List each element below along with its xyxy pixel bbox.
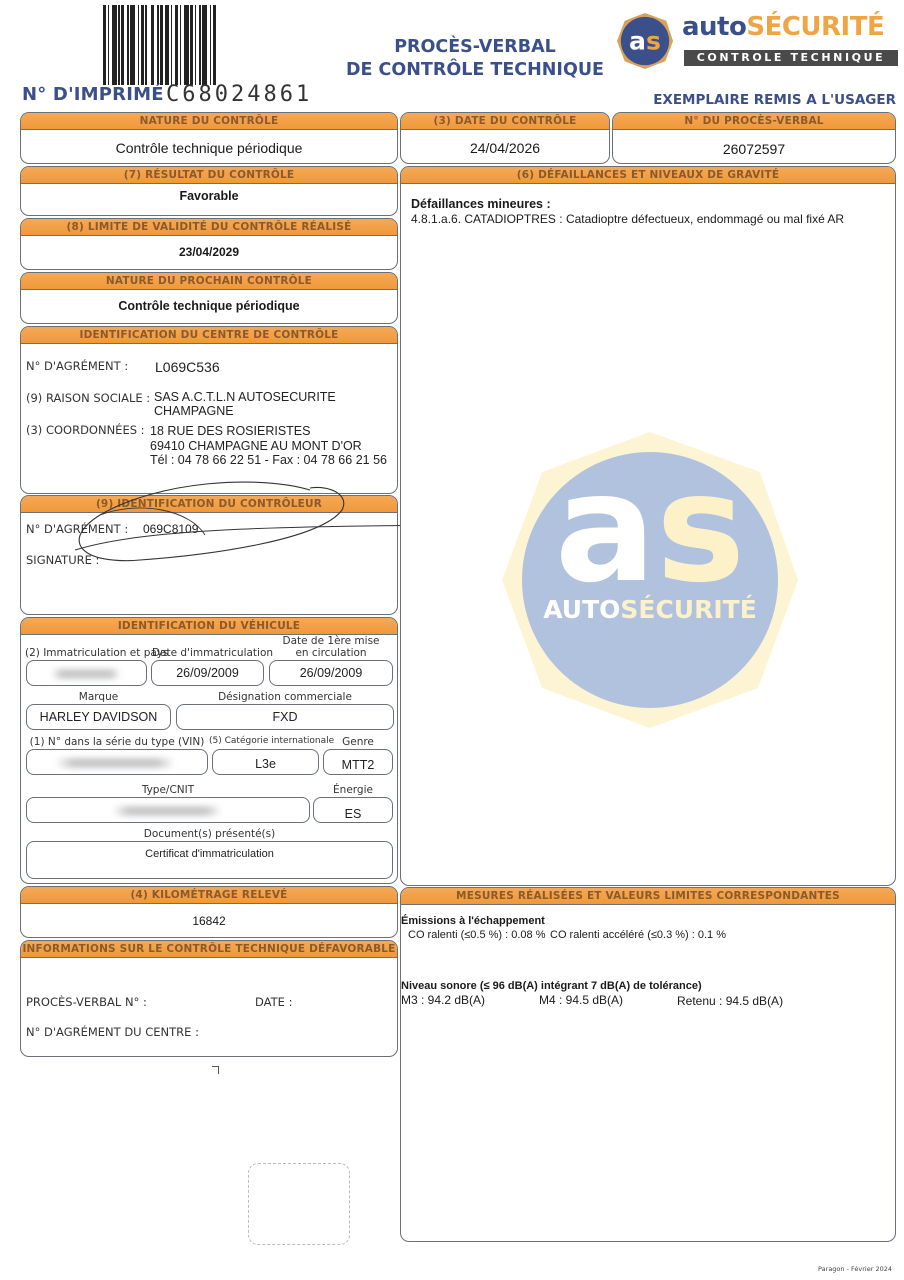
documents-label: Document(s) présenté(s) — [26, 828, 393, 840]
type-cnit-label: Type/CNIT — [26, 784, 310, 796]
defavorable-date-label: DATE : — [255, 995, 292, 1009]
logo-strip: CONTROLE TECHNIQUE — [684, 50, 898, 66]
section-header: NATURE DU CONTRÔLE — [21, 113, 397, 130]
immat-field — [26, 660, 147, 686]
centre-box: IDENTIFICATION DU CENTRE DE CONTRÔLE N° … — [20, 326, 398, 494]
defavorable-agrement-label: N° D'AGRÉMENT DU CENTRE : — [26, 1025, 199, 1039]
document-title: PROCÈS-VERBAL DE CONTRÔLE TECHNIQUE — [330, 36, 620, 82]
prochain-controle-value: Contrôle technique périodique — [21, 290, 397, 313]
title-line-1: PROCÈS-VERBAL — [330, 36, 620, 59]
signature-label: SIGNATURE : — [26, 553, 99, 567]
section-header: INFORMATIONS SUR LE CONTRÔLE TECHNIQUE D… — [21, 941, 397, 958]
section-header: (4) KILOMÉTRAGE RELEVÉ — [21, 887, 397, 904]
exemplaire-label: EXEMPLAIRE REMIS A L'USAGER — [653, 92, 896, 108]
nature-controle-box: NATURE DU CONTRÔLE Contrôle technique pé… — [20, 112, 398, 164]
section-header: (9) IDENTIFICATION DU CONTRÔLEUR — [21, 496, 397, 513]
marque-label: Marque — [26, 691, 171, 703]
title-line-2: DE CONTRÔLE TECHNIQUE — [330, 59, 620, 82]
designation-label: Désignation commerciale — [176, 691, 394, 703]
date-controle-value: 24/04/2026 — [401, 130, 609, 156]
resultat-box: (7) RÉSULTAT DU CONTRÔLE Favorable — [20, 166, 398, 216]
resultat-value: Favorable — [21, 184, 397, 203]
defavorable-pv-label: PROCÈS-VERBAL N° : — [26, 995, 147, 1009]
type-cnit-field — [26, 797, 310, 823]
energie-label: Énergie — [313, 784, 393, 796]
prochain-controle-box: NATURE DU PROCHAIN CONTRÔLE Contrôle tec… — [20, 272, 398, 324]
numero-pv-box: N° DU PROCÈS-VERBAL 26072597 — [612, 112, 896, 164]
sonore-m4: M4 : 94.5 dB(A) — [539, 993, 623, 1007]
section-header: IDENTIFICATION DU VÉHICULE — [21, 618, 397, 635]
defaillance-item: 4.8.1.a.6. CATADIOPTRES : Catadioptre dé… — [411, 212, 895, 226]
section-header: (3) DATE DU CONTRÔLE — [401, 113, 609, 130]
section-header: N° DU PROCÈS-VERBAL — [613, 113, 895, 130]
svg-text:as: as — [555, 442, 746, 616]
defaillances-heading: Défaillances mineures : — [411, 197, 895, 211]
categorie-label: (5) Catégorie internationale — [209, 736, 321, 746]
centre-agrement-value: L069C536 — [155, 359, 220, 375]
date-controle-box: (3) DATE DU CONTRÔLE 24/04/2026 — [400, 112, 610, 164]
svg-text:as: as — [629, 27, 661, 56]
limite-validite-box: (8) LIMITE DE VALIDITÉ DU CONTRÔLE RÉALI… — [20, 218, 398, 270]
vin-label: (1) N° dans la série du type (VIN) — [26, 736, 208, 748]
marque-field: HARLEY DAVIDSON — [26, 704, 171, 730]
corner-mark — [212, 1066, 219, 1074]
co-ralenti-accelere: CO ralenti accéléré (≤0.3 %) : 0.1 % — [550, 929, 726, 941]
section-header: IDENTIFICATION DU CENTRE DE CONTRÔLE — [21, 327, 397, 344]
date-immat-field: 26/09/2009 — [151, 660, 264, 686]
sonore-retenu: Retenu : 94.5 dB(A) — [677, 994, 783, 1008]
defavorable-box: INFORMATIONS SUR LE CONTRÔLE TECHNIQUE D… — [20, 940, 398, 1057]
coordonnees-value: 18 RUE DES ROSIERISTES 69410 CHAMPAGNE A… — [150, 424, 387, 468]
coordonnees-label: (3) COORDONNÉES : — [26, 423, 145, 437]
kilometrage-box: (4) KILOMÉTRAGE RELEVÉ 16842 — [20, 886, 398, 938]
categorie-field: L3e — [212, 749, 319, 775]
centre-agrement-label: N° D'AGRÉMENT : — [26, 359, 128, 373]
autosecurite-watermark: as AUTOSÉCURITÉ — [500, 430, 800, 730]
imprime-number: C68024861 — [166, 82, 312, 107]
section-header: (6) DÉFAILLANCES ET NIVEAUX DE GRAVITÉ — [401, 167, 895, 184]
controleur-box: (9) IDENTIFICATION DU CONTRÔLEUR N° D'AG… — [20, 495, 398, 615]
date-mec-label: Date de 1ère mise en circulation — [269, 635, 393, 659]
mesures-box: MESURES RÉALISÉES ET VALEURS LIMITES COR… — [400, 887, 896, 1242]
raison-sociale-label: (9) RAISON SOCIALE : — [26, 391, 150, 405]
barcode — [103, 5, 268, 85]
genre-field: MTT2 — [323, 749, 393, 775]
raison-sociale-value: SAS A.C.T.L.N AUTOSECURITE CHAMPAGNE — [154, 390, 336, 418]
vin-field — [26, 749, 208, 775]
emissions-heading: Émissions à l'échappement — [401, 915, 545, 927]
sonore-heading: Niveau sonore (≤ 96 dB(A) intégrant 7 dB… — [401, 980, 702, 992]
vehicule-box: IDENTIFICATION DU VÉHICULE (2) Immatricu… — [20, 617, 398, 884]
date-mec-field: 26/09/2009 — [269, 660, 393, 686]
imprime-label: N° D'IMPRIMÉ — [22, 84, 164, 105]
nature-controle-value: Contrôle technique périodique — [21, 130, 397, 156]
controleur-agrement-value: 069C8109 — [143, 522, 198, 536]
controleur-agrement-label: N° D'AGRÉMENT : — [26, 522, 128, 536]
co-ralenti: CO ralenti (≤0.5 %) : 0.08 % — [408, 929, 545, 941]
svg-text:AUTOSÉCURITÉ: AUTOSÉCURITÉ — [543, 595, 757, 624]
documents-field: Certificat d'immatriculation — [26, 841, 393, 879]
logo-wordmark: autoSÉCURITÉ — [682, 12, 884, 42]
section-header: (8) LIMITE DE VALIDITÉ DU CONTRÔLE RÉALI… — [21, 219, 397, 236]
as-badge-icon: as — [616, 12, 674, 70]
kilometrage-value: 16842 — [21, 904, 397, 928]
section-header: MESURES RÉALISÉES ET VALEURS LIMITES COR… — [401, 888, 895, 905]
energie-field: ES — [313, 797, 393, 823]
autosecurite-logo: as autoSÉCURITÉ CONTROLE TECHNIQUE — [612, 10, 902, 72]
genre-label: Genre — [323, 736, 393, 748]
immat-label: (2) Immatriculation et pays — [25, 647, 147, 659]
footer-note: Paragon - Février 2024 — [818, 1265, 892, 1273]
section-header: (7) RÉSULTAT DU CONTRÔLE — [21, 167, 397, 184]
date-immat-label: Date d'immatriculation — [152, 647, 264, 659]
designation-field: FXD — [176, 704, 394, 730]
section-header: NATURE DU PROCHAIN CONTRÔLE — [21, 273, 397, 290]
limite-validite-value: 23/04/2029 — [21, 236, 397, 259]
sonore-m3: M3 : 94.2 dB(A) — [401, 993, 485, 1007]
stamp-area — [248, 1163, 350, 1245]
numero-pv-value: 26072597 — [613, 130, 895, 157]
